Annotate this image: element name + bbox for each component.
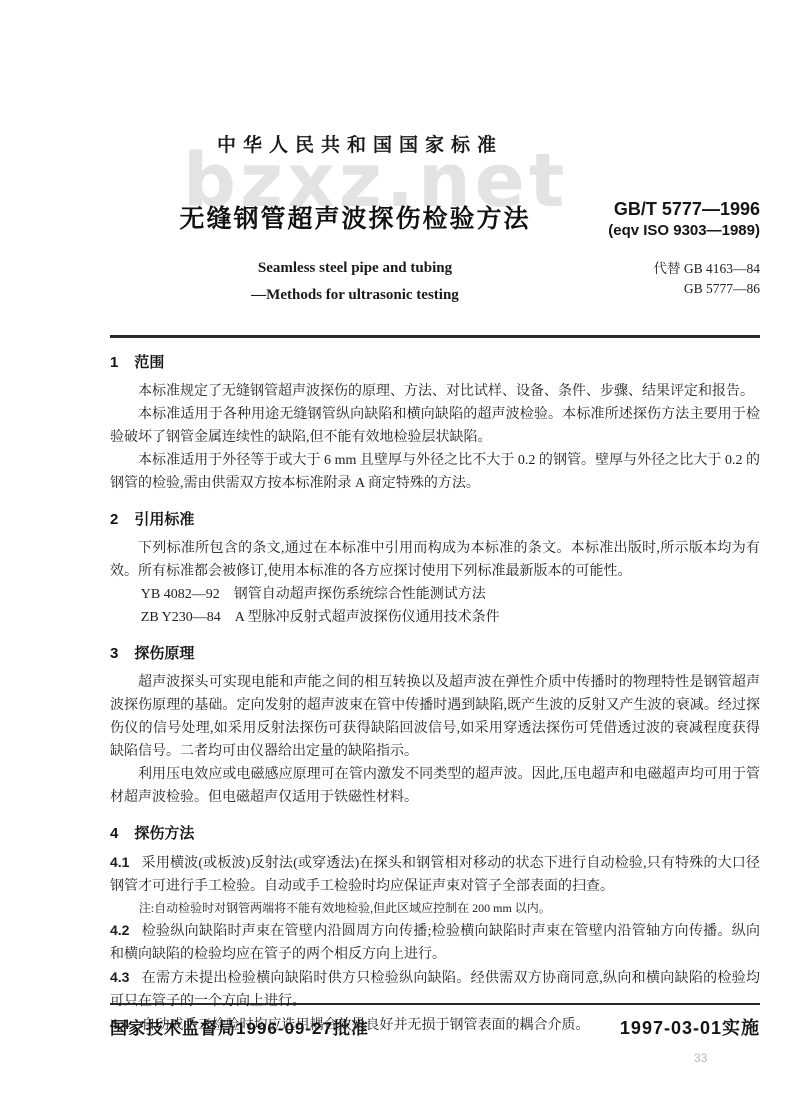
replaces-block: 代替 GB 4163—84 GB 5777—86: [653, 255, 760, 299]
standard-code-block: GB/T 5777—1996 (eqv ISO 9303—1989): [608, 199, 760, 241]
section-scope: 1范围 本标准规定了无缝钢管超声波探伤的原理、方法、对比试样、设备、条件、步骤、…: [110, 351, 760, 495]
replaces-line1: 代替 GB 4163—84: [653, 259, 760, 279]
clause-number: 4.2: [110, 922, 129, 938]
section-testing-method: 4探伤方法 4.1采用横波(或板波)反射法(或穿透法)在探头和钢管相对移动的状态…: [110, 822, 760, 1037]
document-title-en: Seamless steel pipe and tubing —Methods …: [120, 255, 590, 309]
section-title: 范围: [134, 354, 164, 371]
document-page: bzxz.net 中华人民共和国国家标准 无缝钢管超声波探伤检验方法 GB/T …: [0, 0, 800, 1110]
section-number: 4: [110, 825, 118, 842]
document-title-en-line2: —Methods for ultrasonic testing: [120, 282, 590, 309]
reference-entry: ZB Y230—84 A 型脉冲反射式超声波探伤仪通用技术条件: [141, 606, 760, 629]
document-body: 1范围 本标准规定了无缝钢管超声波探伤的原理、方法、对比试样、设备、条件、步骤、…: [110, 351, 760, 1037]
paragraph: 本标准适用于各种用途无缝钢管纵向缺陷和横向缺陷的超声波检验。本标准所述探伤方法主…: [110, 403, 760, 449]
paragraph: 利用压电效应或电磁感应原理可在管内激发不同类型的超声波。因此,压电超声和电磁超声…: [110, 763, 760, 809]
clause-number: 4.3: [110, 969, 129, 985]
page-content: 中华人民共和国国家标准 无缝钢管超声波探伤检验方法 GB/T 5777—1996…: [110, 130, 760, 1037]
standard-header: 中华人民共和国国家标准 无缝钢管超声波探伤检验方法 GB/T 5777—1996…: [110, 130, 760, 309]
clause-text: 自动或手工检验时均应选用耦合效果良好并无损于钢管表面的耦合介质。: [141, 1018, 589, 1033]
document-title-zh: 无缝钢管超声波探伤检验方法: [120, 199, 590, 235]
clause: 4.2检验纵向缺陷时声束在管壁内沿圆周方向传播;检验横向缺陷时声束在管壁内沿管轴…: [110, 919, 760, 966]
section-title: 探伤原理: [134, 645, 194, 662]
title-row: 无缝钢管超声波探伤检验方法 GB/T 5777—1996 (eqv ISO 93…: [110, 199, 760, 241]
page-number: 33: [694, 1051, 707, 1065]
header-divider: [110, 335, 760, 338]
section-heading: 1范围: [110, 351, 760, 372]
clause: 4.4自动或手工检验时均应选用耦合效果良好并无损于钢管表面的耦合介质。: [110, 1013, 760, 1037]
national-standard-label: 中华人民共和国国家标准: [110, 130, 610, 157]
clause-text: 在需方未提出检验横向缺陷时供方只检验纵向缺陷。经供需双方协商同意,纵向和横向缺陷…: [110, 971, 760, 1009]
replaces-line2: GB 5777—86: [653, 279, 760, 299]
section-title: 探伤方法: [134, 825, 194, 842]
paragraph: 本标准适用于外径等于或大于 6 mm 且壁厚与外径之比不大于 0.2 的钢管。壁…: [110, 449, 760, 495]
section-heading: 3探伤原理: [110, 642, 760, 663]
paragraph: 本标准规定了无缝钢管超声波探伤的原理、方法、对比试样、设备、条件、步骤、结果评定…: [110, 380, 760, 403]
subtitle-row: Seamless steel pipe and tubing —Methods …: [110, 255, 760, 309]
section-testing-principle: 3探伤原理 超声波探头可实现电能和声能之间的相互转换以及超声波在弹性介质中传播时…: [110, 642, 760, 809]
clause-number: 4.1: [110, 854, 129, 870]
section-title: 引用标准: [134, 511, 194, 528]
section-number: 3: [110, 645, 118, 662]
clause-number: 4.4: [110, 1016, 129, 1032]
clause-text: 采用横波(或板波)反射法(或穿透法)在探头和钢管相对移动的状态下进行自动检验,只…: [110, 856, 760, 894]
paragraph: 超声波探头可实现电能和声能之间的相互转换以及超声波在弹性介质中传播时的物理特性是…: [110, 671, 760, 763]
paragraph: 下列标准所包含的条文,通过在本标准中引用而构成为本标准的条文。本标准出版时,所示…: [110, 537, 760, 583]
clause: 4.1采用横波(或板波)反射法(或穿透法)在探头和钢管相对移动的状态下进行自动检…: [110, 851, 760, 898]
iso-equivalence: (eqv ISO 9303—1989): [608, 220, 760, 241]
section-number: 2: [110, 511, 118, 528]
reference-entry: YB 4082—92 钢管自动超声探伤系统综合性能测试方法: [141, 583, 760, 606]
section-number: 1: [110, 354, 118, 371]
document-title-en-line1: Seamless steel pipe and tubing: [120, 255, 590, 282]
section-normative-references: 2引用标准 下列标准所包含的条文,通过在本标准中引用而构成为本标准的条文。本标准…: [110, 508, 760, 629]
clause: 4.3在需方未提出检验横向缺陷时供方只检验纵向缺陷。经供需双方协商同意,纵向和横…: [110, 966, 760, 1013]
clause-text: 检验纵向缺陷时声束在管壁内沿圆周方向传播;检验横向缺陷时声束在管壁内沿管轴方向传…: [110, 924, 760, 962]
standard-code: GB/T 5777—1996: [608, 199, 760, 220]
clause-note: 注:自动检验时对钢管两端将不能有效地检验,但此区域应控制在 200 mm 以内。: [139, 899, 760, 918]
section-heading: 2引用标准: [110, 508, 760, 529]
section-heading: 4探伤方法: [110, 822, 760, 843]
